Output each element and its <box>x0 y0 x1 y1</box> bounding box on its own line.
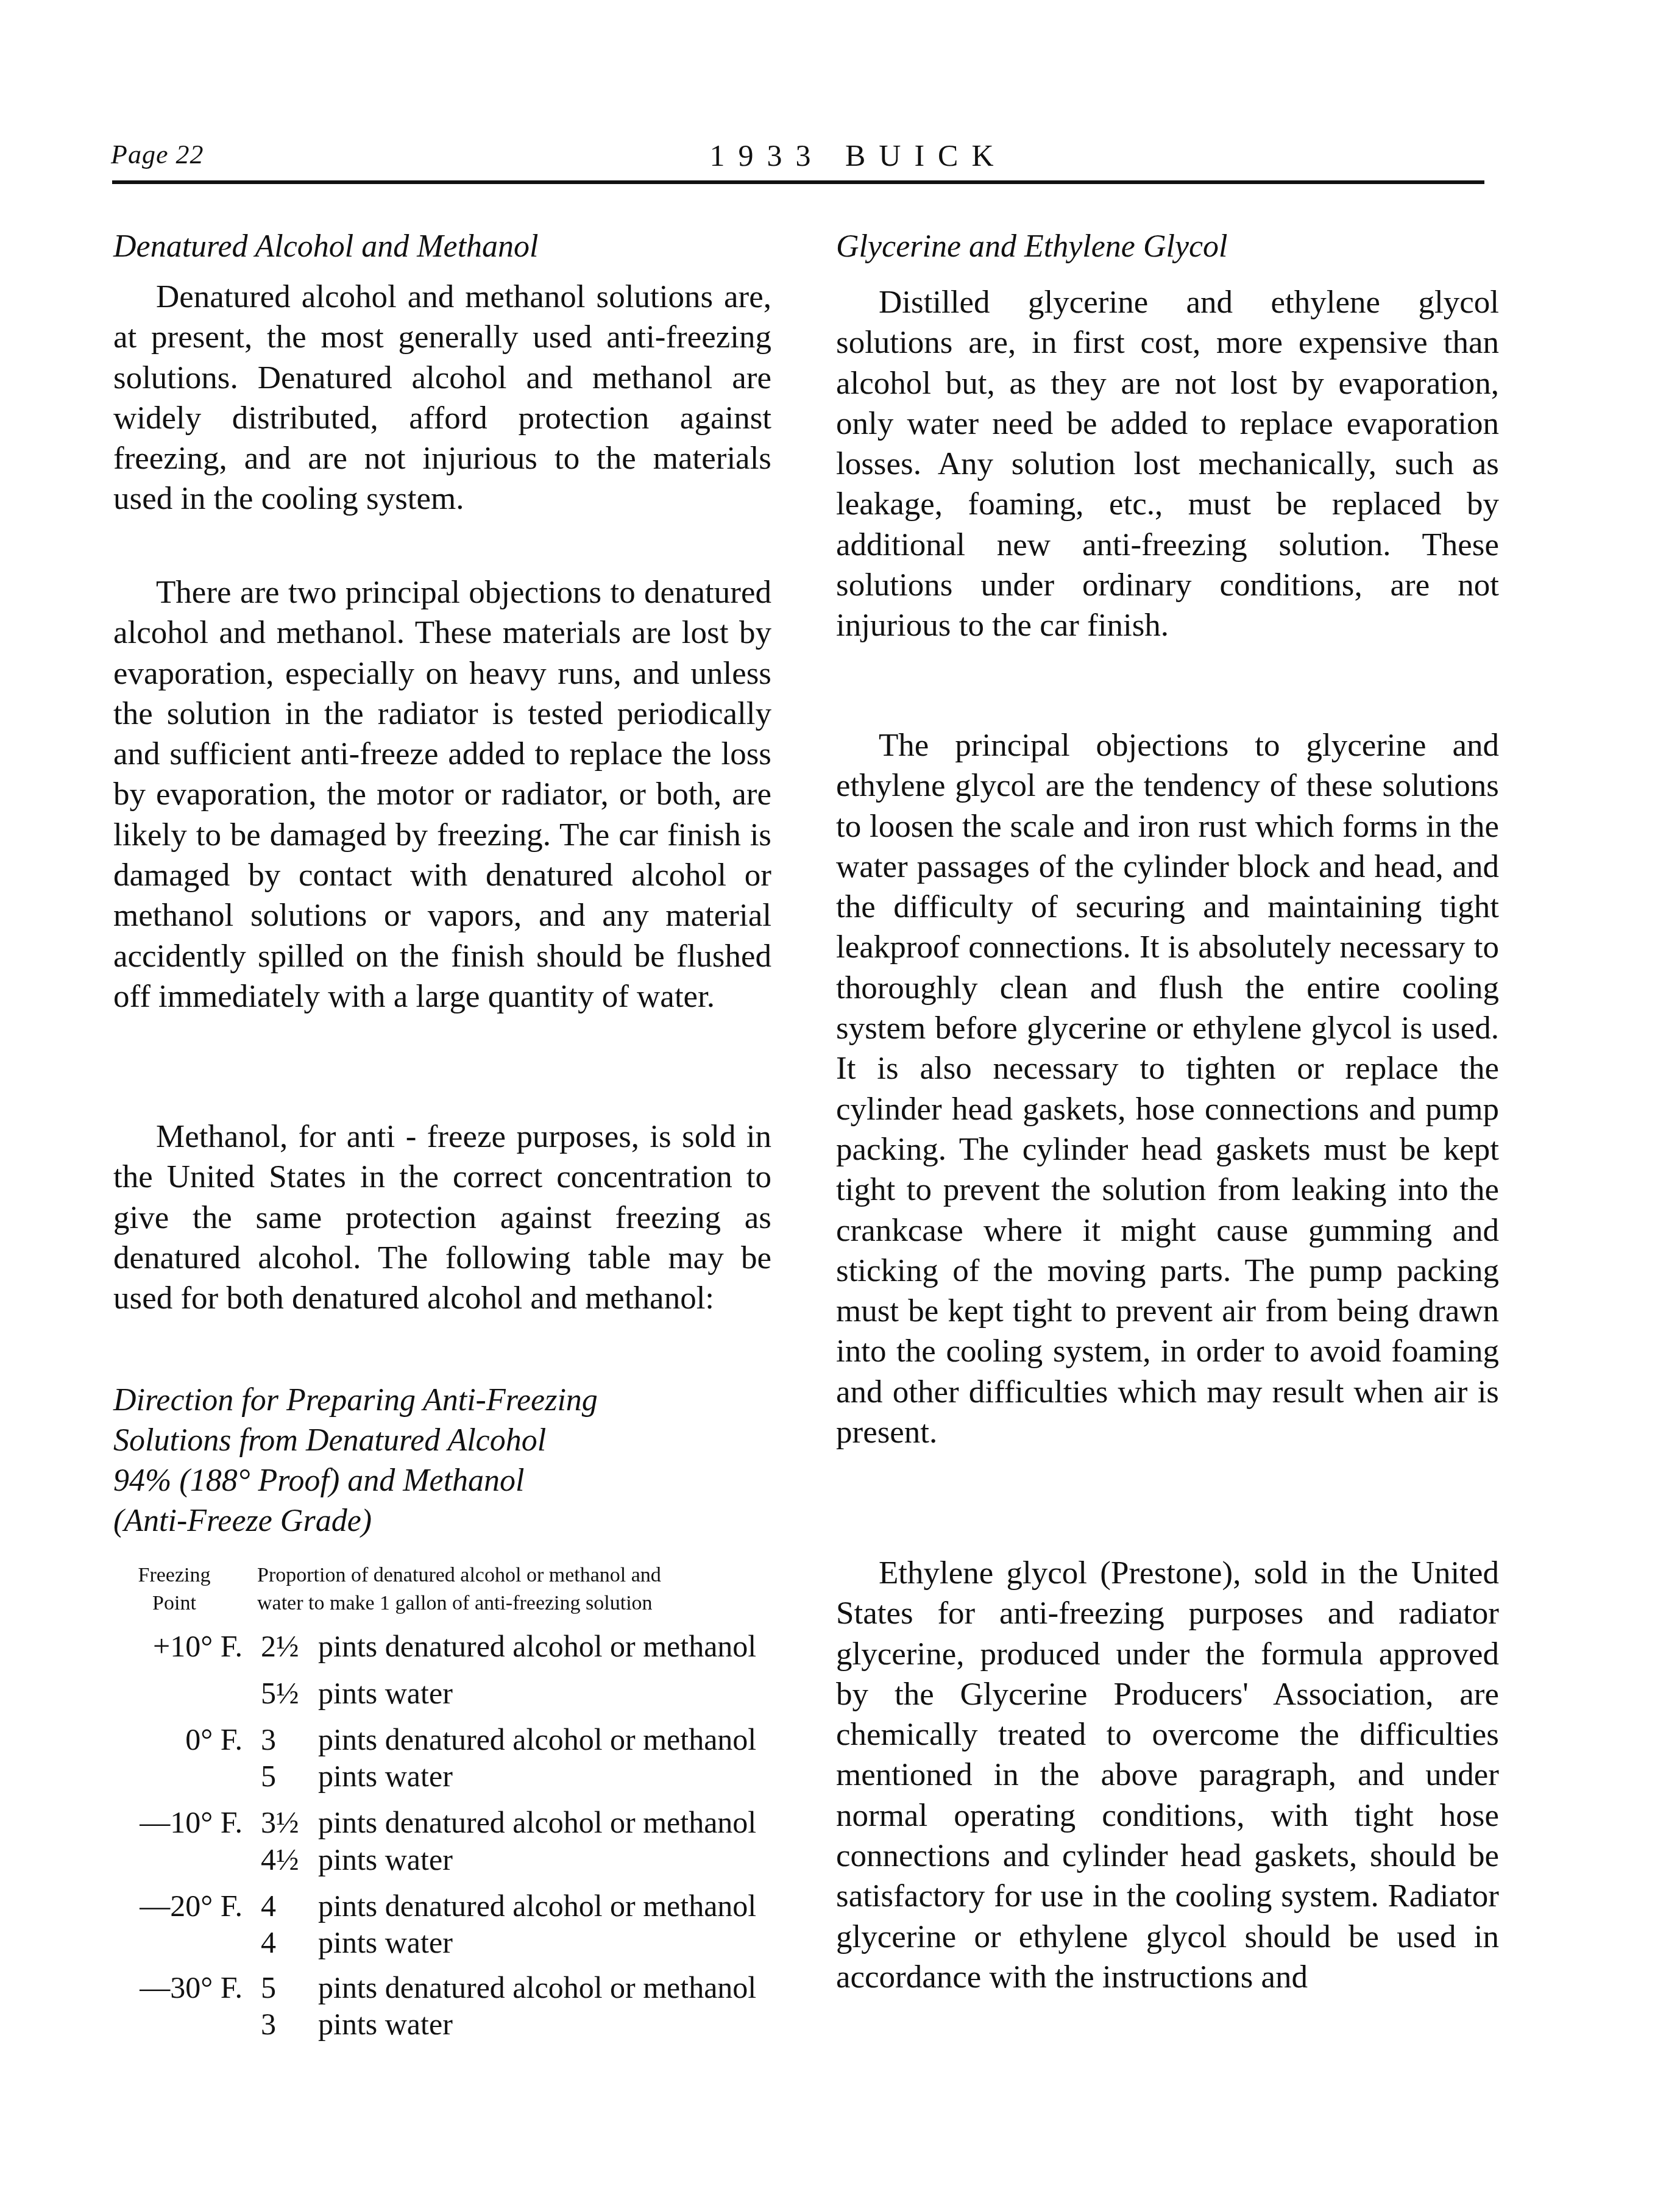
water-desc: pints water <box>318 1758 453 1794</box>
water-qty: 4½ <box>261 1842 316 1877</box>
alcohol-qty: 2½ <box>261 1628 316 1664</box>
section-heading-alcohol: Denatured Alcohol and Methanol <box>113 229 539 264</box>
caption-line: Direction for Preparing Anti-Freezing <box>113 1380 771 1421</box>
table-row: 3 pints water <box>113 2006 771 2044</box>
table-row: 5 pints water <box>113 1758 771 1796</box>
paragraph: Distilled glycerine and ethylene glycol … <box>836 282 1499 646</box>
caption-line: (Anti-Freeze Grade) <box>113 1501 771 1541</box>
freezing-point: —10° F. <box>113 1805 243 1840</box>
table-caption: Direction for Preparing Anti-Freezing So… <box>113 1380 771 1541</box>
table-row: 0° F. 3 pints denatured alcohol or metha… <box>113 1722 771 1759</box>
paragraph: Methanol, for anti - freeze purposes, is… <box>113 1117 771 1318</box>
table-row: +10° F. 2½ pints denatured alcohol or me… <box>113 1628 771 1666</box>
column-header-proportion: Proportion of denatured alcohol or metha… <box>257 1561 775 1617</box>
caption-line: Solutions from Denatured Alcohol <box>113 1421 771 1461</box>
alcohol-desc: pints denatured alcohol or methanol <box>318 1628 756 1664</box>
alcohol-desc: pints denatured alcohol or methanol <box>318 1805 756 1840</box>
table-row: 4½ pints water <box>113 1842 771 1880</box>
paragraph: There are two principal objections to de… <box>113 572 771 1017</box>
water-qty: 5½ <box>261 1675 316 1711</box>
freezing-point: —20° F. <box>113 1888 243 1923</box>
alcohol-qty: 4 <box>261 1888 316 1923</box>
water-qty: 4 <box>261 1925 316 1960</box>
water-desc: pints water <box>318 1675 453 1711</box>
header-rule <box>112 180 1484 184</box>
section-heading-glycerine: Glycerine and Ethylene Glycol <box>836 229 1228 264</box>
freezing-point: —30° F. <box>113 1970 243 2005</box>
paragraph: The principal objections to glycerine an… <box>836 725 1499 1452</box>
table-row: 5½ pints water <box>113 1675 771 1713</box>
water-desc: pints water <box>318 1842 453 1877</box>
paragraph: Denatured alcohol and methanol solu­tion… <box>113 277 771 519</box>
paragraph: Ethylene glycol (Prestone), sold in the … <box>836 1553 1499 1997</box>
running-title: 1933 BUICK <box>0 138 1680 173</box>
table-row: —10° F. 3½ pints denatured alcohol or me… <box>113 1805 771 1842</box>
alcohol-qty: 3½ <box>261 1805 316 1840</box>
table-row: —20° F. 4 pints denatured alcohol or met… <box>113 1888 771 1926</box>
alcohol-desc: pints denatured alcohol or methanol <box>318 1888 756 1923</box>
caption-line: 94% (188° Proof) and Methanol <box>113 1461 771 1501</box>
table-row: —30° F. 5 pints denatured alcohol or met… <box>113 1970 771 2008</box>
alcohol-qty: 5 <box>261 1970 316 2005</box>
water-desc: pints water <box>318 2006 453 2042</box>
alcohol-qty: 3 <box>261 1722 316 1757</box>
water-qty: 3 <box>261 2006 316 2042</box>
freezing-point: 0° F. <box>113 1722 243 1757</box>
freezing-point: +10° F. <box>113 1628 243 1664</box>
alcohol-desc: pints denatured alcohol or methanol <box>318 1722 756 1757</box>
water-desc: pints water <box>318 1925 453 1960</box>
water-qty: 5 <box>261 1758 316 1794</box>
table-row: 4 pints water <box>113 1925 771 1962</box>
column-header-freezing-point: Freezing Point <box>113 1561 235 1617</box>
alcohol-desc: pints denatured alcohol or methanol <box>318 1970 756 2005</box>
